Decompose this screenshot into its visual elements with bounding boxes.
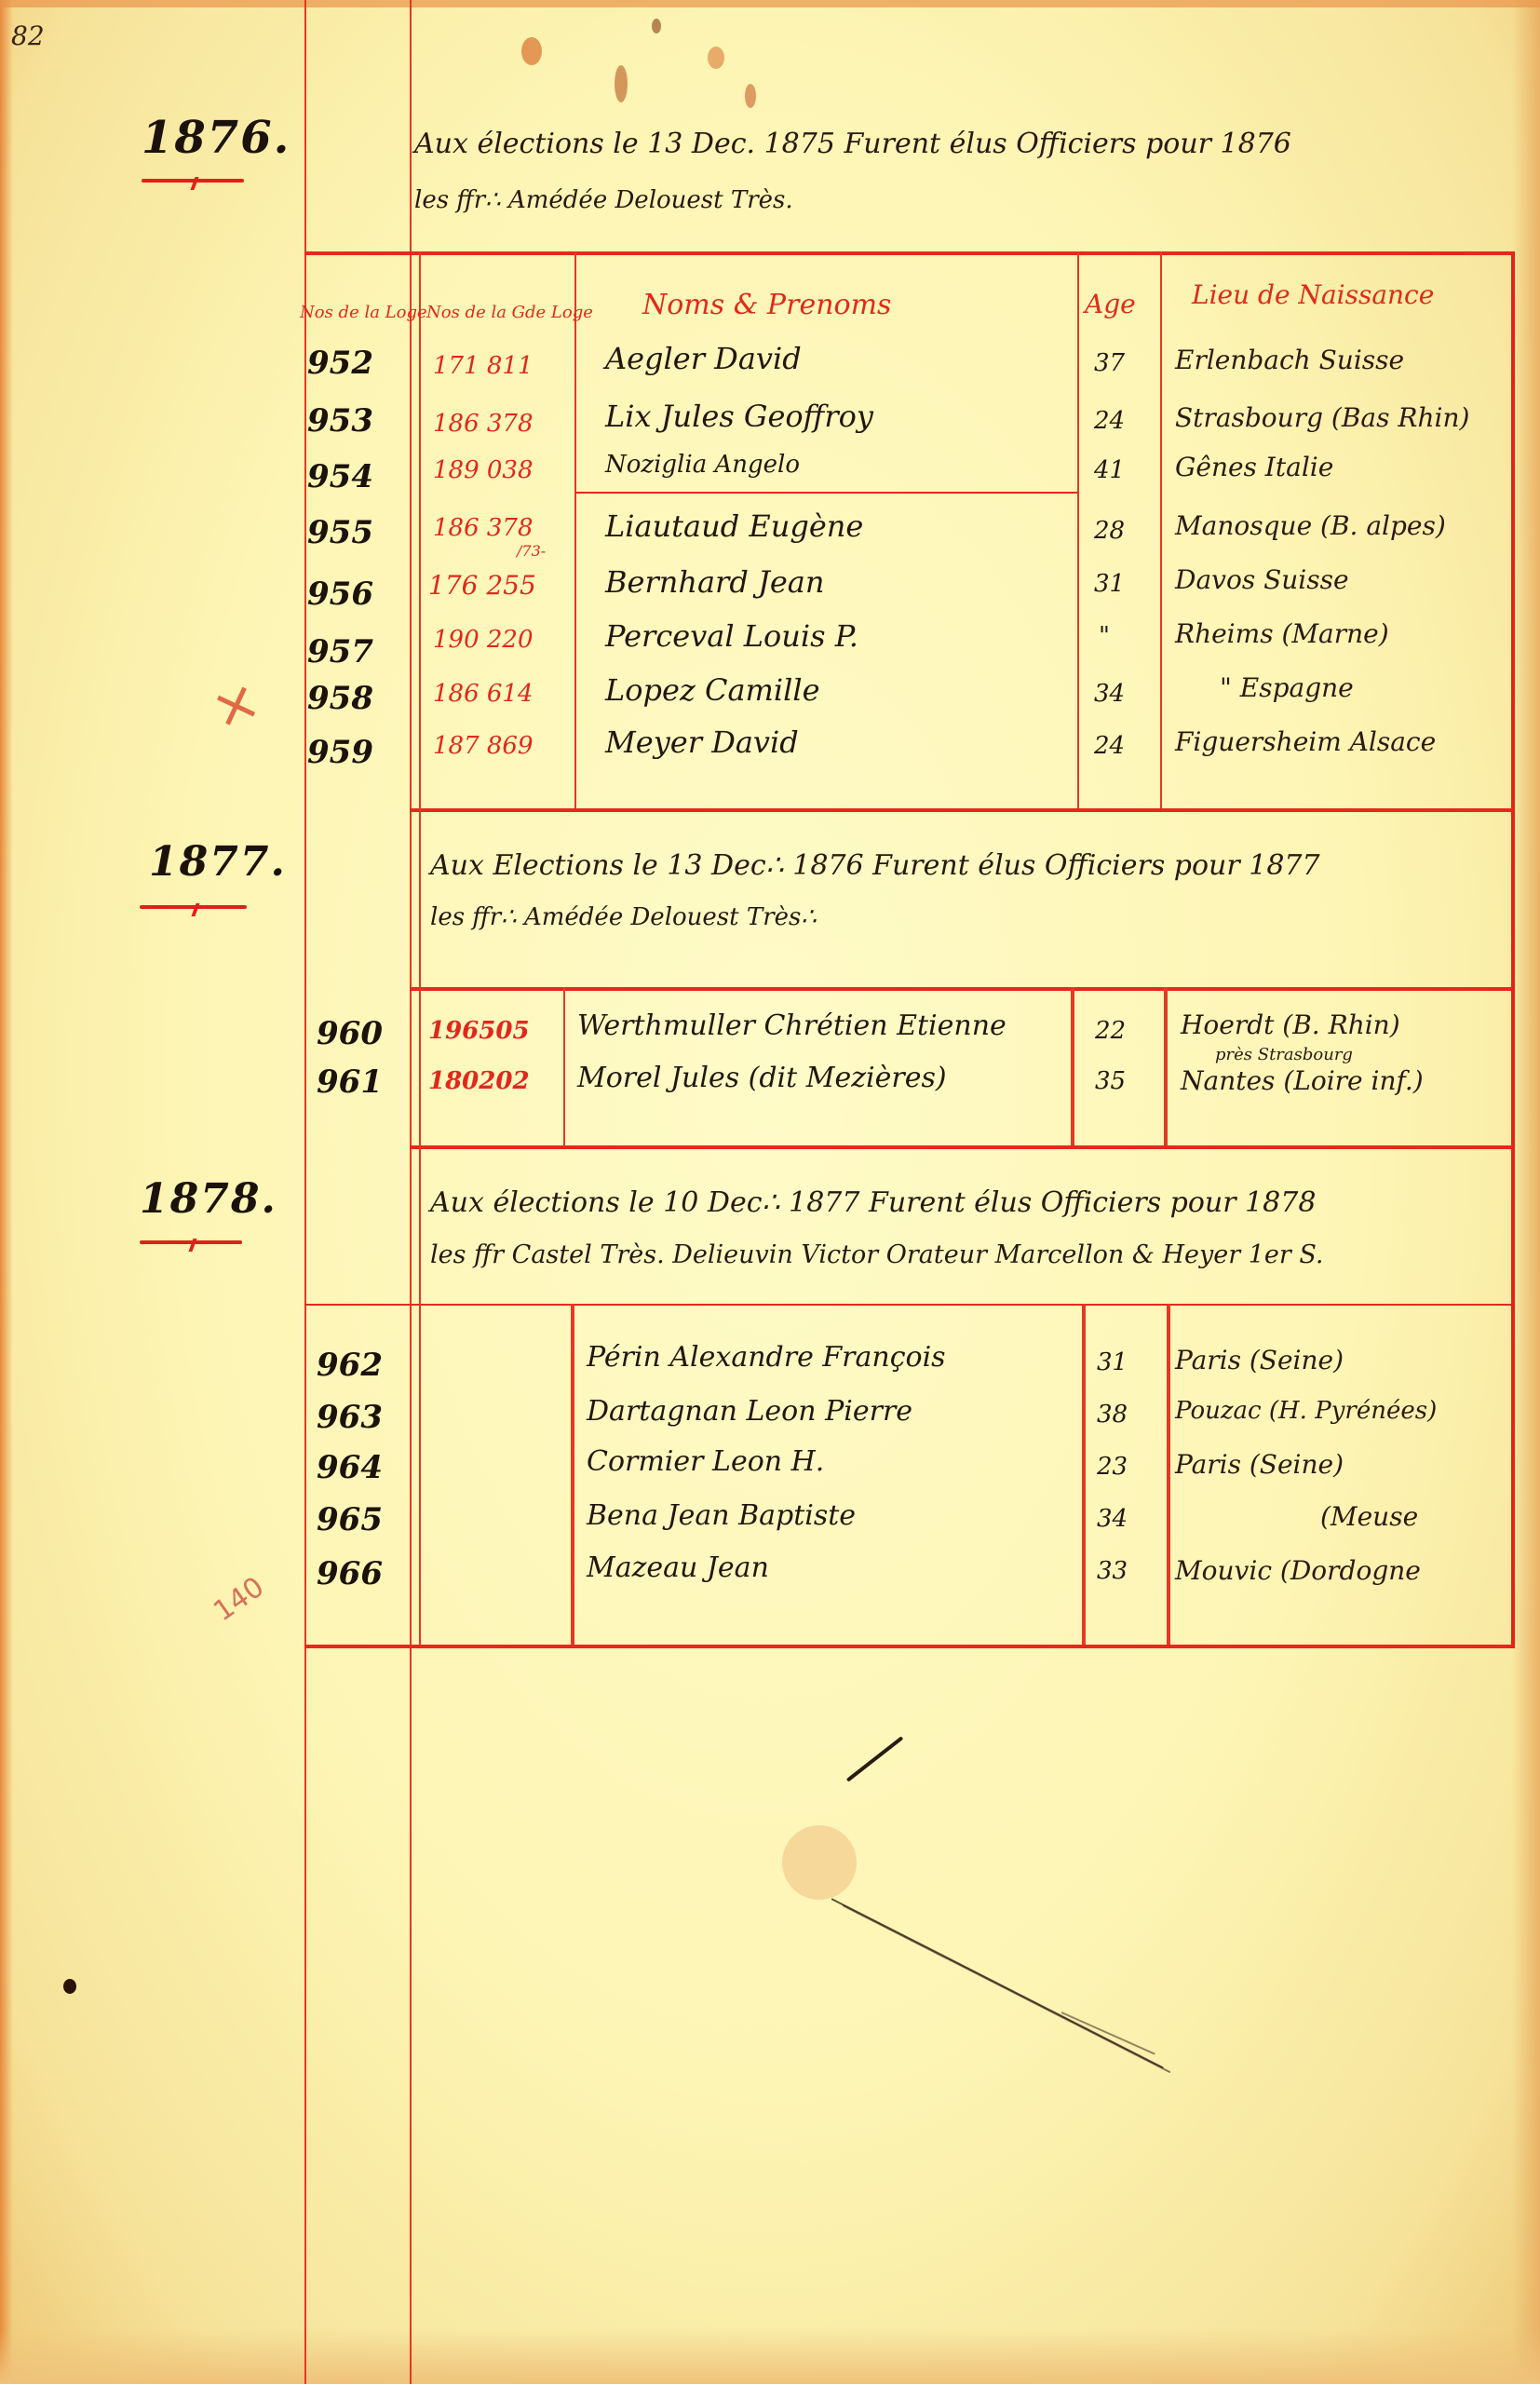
year-brace: [142, 179, 244, 183]
cross-mark-icon: ×: [203, 667, 269, 744]
birthplace-note: près Strasbourg: [1215, 1045, 1353, 1064]
col-rule: [1160, 251, 1162, 808]
lodge-number: 965: [317, 1501, 383, 1538]
table-right-border: [1511, 251, 1515, 1648]
birthplace: Gênes Italie: [1175, 452, 1333, 482]
member-age: ": [1099, 622, 1110, 650]
member-age: 22: [1095, 1017, 1126, 1045]
member-name: Cormier Leon H.: [587, 1445, 824, 1478]
birthplace: Hoerdt (B. Rhin): [1181, 1009, 1400, 1040]
birthplace: " Espagne: [1220, 672, 1354, 703]
col-rule: [1082, 1304, 1086, 1646]
section-rule: [410, 808, 1513, 812]
water-stain: [782, 1825, 857, 1900]
member-name: Lix Jules Geoffroy: [605, 399, 873, 434]
col-rule: [574, 251, 576, 808]
member-age: 33: [1097, 1557, 1128, 1585]
col-rule: [563, 987, 565, 1145]
member-name: Dartagnan Leon Pierre: [587, 1395, 912, 1428]
member-age: 37: [1094, 349, 1125, 377]
member-name: Liautaud Eugène: [605, 508, 863, 544]
birthplace: Davos Suisse: [1175, 564, 1349, 595]
election-minutes-line-1: Aux élections le 13 Dec. 1875 Furent élu…: [414, 116, 1291, 172]
election-minutes-line-2: les ffr∴ Amédée Delouest Très∴: [430, 889, 817, 945]
col-rule: [419, 1304, 421, 1646]
pen-stroke: [1061, 2011, 1155, 2055]
member-age: 31: [1094, 570, 1125, 598]
lodge-number: 964: [317, 1449, 383, 1486]
lodge-number: 966: [317, 1555, 383, 1592]
member-age: 28: [1094, 517, 1125, 545]
col-rule: [419, 808, 421, 987]
lodge-number: 963: [317, 1399, 383, 1436]
page-edge-top: [0, 0, 1540, 7]
col-rule: [1077, 251, 1079, 808]
birthplace: Strasbourg (Bas Rhin): [1175, 402, 1469, 433]
year-heading-1877: 1877.: [149, 838, 287, 886]
member-age: 23: [1097, 1453, 1128, 1481]
col-rule: [419, 1145, 421, 1304]
election-minutes-line-2: les ffr Castel Très. Delieuvin Victor Or…: [430, 1227, 1323, 1283]
col-rule: [571, 1304, 574, 1646]
ink-stain: [615, 65, 628, 102]
member-name: Morel Jules (dit Mezières): [577, 1062, 947, 1094]
member-age: 31: [1097, 1348, 1128, 1376]
member-name: Périn Alexandre François: [587, 1341, 946, 1374]
member-age: 34: [1097, 1505, 1128, 1533]
lodge-number: 961: [317, 1063, 383, 1101]
birthplace: Figuersheim Alsace: [1175, 726, 1436, 757]
member-name: Mazeau Jean: [587, 1551, 769, 1584]
lodge-number: 952: [307, 345, 373, 382]
lodge-number: 960: [317, 1015, 383, 1052]
section-rule: [304, 251, 1513, 255]
grand-lodge-number: 190 220: [433, 626, 534, 654]
birthplace: Paris (Seine): [1175, 1345, 1344, 1375]
birthplace: Nantes (Loire inf.): [1181, 1065, 1424, 1096]
row-rule: [574, 492, 1077, 494]
ink-dot: [63, 1979, 76, 1994]
election-minutes-line-2: les ffr∴ Amédée Delouest Très.: [414, 172, 793, 228]
grand-lodge-number: 171 811: [433, 352, 534, 380]
member-age: 35: [1095, 1067, 1126, 1095]
member-name: Bernhard Jean: [605, 564, 824, 600]
header-names: Noms & Prenoms: [642, 289, 891, 321]
ink-stain: [745, 84, 756, 108]
birthplace: Erlenbach Suisse: [1175, 345, 1404, 375]
election-minutes-line-1: Aux Elections le 13 Dec∴ 1876 Furent élu…: [430, 838, 1320, 894]
section-rule: [410, 1145, 1513, 1149]
section-rule: [304, 1645, 1513, 1648]
grand-lodge-number: 186 378: [433, 410, 534, 438]
col-rule: [1164, 987, 1168, 1145]
lodge-number: 955: [307, 514, 373, 551]
col-rule: [419, 251, 421, 808]
member-name: Noziglia Angelo: [605, 451, 800, 479]
year-brace: [140, 905, 247, 909]
grand-lodge-number: 186 614: [433, 680, 534, 708]
member-age: 24: [1094, 407, 1125, 435]
member-age: 38: [1097, 1401, 1128, 1429]
header-birthplace: Lieu de Naissance: [1192, 279, 1434, 310]
page-edge-left: [0, 0, 13, 2384]
ink-stain: [652, 19, 661, 34]
margin-rule-right: [410, 0, 412, 2384]
member-age: 24: [1094, 732, 1125, 760]
birthplace: Pouzac (H. Pyrénées): [1175, 1397, 1437, 1425]
member-name: Bena Jean Baptiste: [587, 1499, 856, 1532]
member-name: Perceval Louis P.: [605, 618, 858, 654]
ink-stain: [708, 47, 724, 69]
year-heading-1876: 1876.: [142, 112, 290, 164]
grand-lodge-number: 196505: [428, 1017, 530, 1045]
member-age: 34: [1094, 680, 1125, 708]
member-name: Lopez Camille: [605, 672, 820, 708]
lodge-number: 959: [307, 734, 373, 771]
birthplace: (Meuse: [1320, 1501, 1418, 1532]
col-rule: [419, 987, 421, 1145]
pen-stroke: [846, 1736, 904, 1781]
election-minutes-line-1: Aux élections le 10 Dec∴ 1877 Furent élu…: [430, 1175, 1316, 1231]
grand-lodge-number: 187 869: [433, 732, 534, 760]
grand-lodge-number-correction: /73-: [517, 542, 546, 560]
year-heading-1878: 1878.: [140, 1175, 277, 1223]
page-edge-bottom: [0, 2328, 1540, 2384]
member-age: 41: [1094, 456, 1125, 484]
member-name: Meyer David: [605, 725, 799, 760]
lodge-number: 962: [317, 1347, 383, 1384]
lodge-number: 958: [307, 680, 373, 717]
birthplace: Paris (Seine): [1175, 1449, 1344, 1480]
header-lodge-no: Nos de la Loge: [300, 303, 427, 322]
header-grand-lodge-no: Nos de la Gde Loge: [426, 303, 593, 322]
col-rule: [1167, 1304, 1170, 1646]
col-rule: [1071, 987, 1074, 1145]
birthplace: Mouvic (Dordogne: [1175, 1555, 1421, 1586]
birthplace: Rheims (Marne): [1175, 618, 1389, 649]
ink-stain: [521, 37, 542, 65]
pen-stroke: [843, 1904, 1171, 2073]
section-rule: [410, 987, 1513, 991]
member-name: Werthmuller Chrétien Etienne: [577, 1009, 1006, 1042]
page-number: 82: [11, 20, 45, 51]
grand-lodge-number: 186 378: [433, 514, 534, 542]
lodge-number: 957: [307, 633, 373, 670]
page-edge-right: [1512, 0, 1540, 2384]
lodge-number: 956: [307, 576, 373, 613]
lodge-number: 954: [307, 458, 373, 495]
year-brace: [140, 1240, 242, 1244]
grand-lodge-number: 180202: [428, 1067, 530, 1095]
margin-rule-left: [304, 0, 306, 2384]
header-age: Age: [1085, 289, 1136, 319]
grand-lodge-number: 189 038: [433, 456, 534, 484]
birthplace: Manosque (B. alpes): [1175, 510, 1446, 541]
grand-lodge-number: 176 255: [428, 570, 536, 601]
section-rule: [304, 1304, 1513, 1306]
member-name: Aegler David: [605, 341, 802, 376]
pencil-note: 140: [208, 1571, 270, 1629]
lodge-number: 953: [307, 402, 373, 440]
